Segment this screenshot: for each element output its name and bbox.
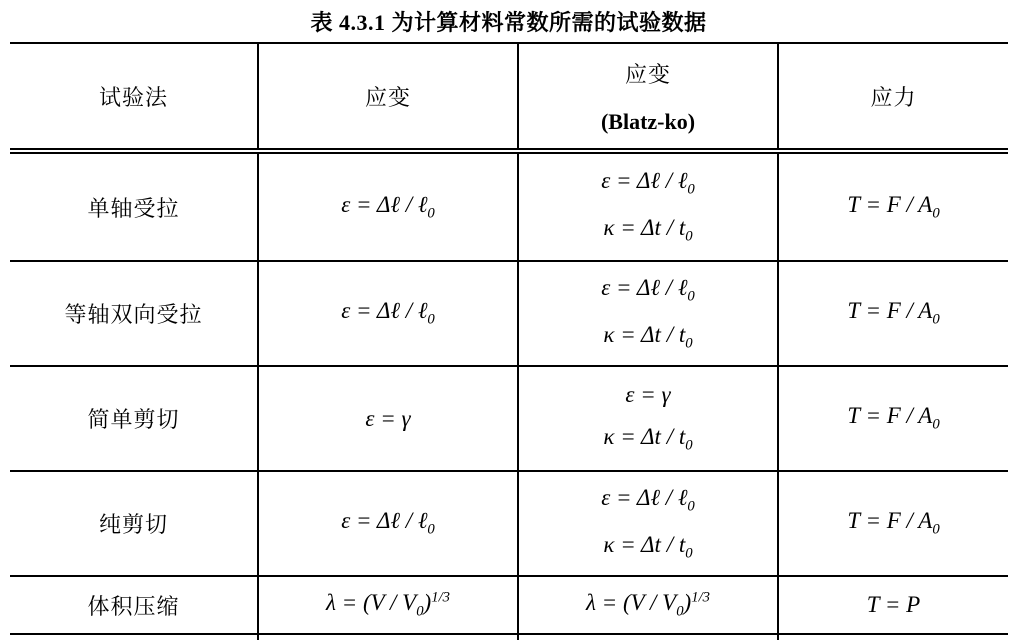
header-strain-blatzko: 应变 (Blatz-ko)	[518, 43, 778, 151]
formula: λ = (V / V0)1/3	[326, 590, 450, 615]
page-title: 表 4.3.1 为计算材料常数所需的试验数据	[310, 6, 706, 37]
cell-strain-blatzko: ε = Δℓ / ℓ0 κ = Δt / t0	[518, 261, 778, 366]
cell-stress: T = F / A0	[778, 261, 1008, 366]
cell-stress: T = F / A0	[778, 366, 1008, 471]
cell-strain-blatzko: ε = γ κ = Δt / t0	[518, 366, 778, 471]
formula: κ = Δt / t0	[603, 424, 692, 455]
table-row: 单轴受拉 ε = Δℓ / ℓ0 ε = Δℓ / ℓ0 κ = Δt / t0…	[10, 151, 1008, 261]
cell-method: 简单剪切	[10, 366, 258, 471]
cell-strain-blatzko: ε = Δℓ / ℓ0 κ = Δt / t0	[518, 151, 778, 261]
table-row: 纯剪切 ε = Δℓ / ℓ0 ε = Δℓ / ℓ0 κ = Δt / t0 …	[10, 471, 1008, 576]
cell-strain-blatzko: ε = Δℓ / ℓ0 κ = Δt / t0	[518, 471, 778, 576]
formula: κ = Δt / t0	[603, 322, 692, 353]
formula: ε = γ	[365, 406, 410, 431]
formula: T = F / A0	[847, 298, 939, 323]
cell-stress: T = P	[778, 576, 1008, 634]
table-row: 简单剪切 ε = γ ε = γ κ = Δt / t0 T = F / A0	[10, 366, 1008, 471]
table-row: 等轴双向受拉 ε = Δℓ / ℓ0 ε = Δℓ / ℓ0 κ = Δt / …	[10, 261, 1008, 366]
table-bottom-stub	[10, 634, 1008, 640]
data-table: 试验法 应变 应变 (Blatz-ko) 应力 单轴受拉 ε = Δℓ / ℓ0…	[10, 42, 1008, 640]
cell-strain: ε = Δℓ / ℓ0	[258, 471, 518, 576]
cell-strain: ε = γ	[258, 366, 518, 471]
formula: ε = Δℓ / ℓ0	[601, 275, 695, 306]
cell-method: 等轴双向受拉	[10, 261, 258, 366]
header-strain-blatzko-line1: 应变	[625, 58, 671, 89]
cell-strain-blatzko: λ = (V / V0)1/3	[518, 576, 778, 634]
header-strain: 应变	[258, 43, 518, 151]
header-test-method: 试验法	[10, 43, 258, 151]
header-row: 试验法 应变 应变 (Blatz-ko) 应力	[10, 43, 1008, 151]
cell-method: 体积压缩	[10, 576, 258, 634]
cell-stress: T = F / A0	[778, 151, 1008, 261]
formula: κ = Δt / t0	[603, 215, 692, 246]
formula: ε = Δℓ / ℓ0	[601, 485, 695, 516]
title-bar: 表 4.3.1 为计算材料常数所需的试验数据	[0, 0, 1017, 42]
formula: ε = Δℓ / ℓ0	[341, 298, 435, 323]
header-strain-blatzko-line2: (Blatz-ko)	[601, 109, 695, 135]
formula: ε = Δℓ / ℓ0	[341, 508, 435, 533]
formula: T = F / A0	[847, 192, 939, 217]
formula: ε = γ	[625, 382, 670, 408]
formula: λ = (V / V0)1/3	[586, 590, 710, 615]
cell-method: 纯剪切	[10, 471, 258, 576]
cell-strain: ε = Δℓ / ℓ0	[258, 261, 518, 366]
table-row: 体积压缩 λ = (V / V0)1/3 λ = (V / V0)1/3 T =…	[10, 576, 1008, 634]
formula: T = F / A0	[847, 403, 939, 428]
cell-strain: λ = (V / V0)1/3	[258, 576, 518, 634]
formula: T = F / A0	[847, 508, 939, 533]
cell-stress: T = F / A0	[778, 471, 1008, 576]
formula: ε = Δℓ / ℓ0	[341, 192, 435, 217]
header-stress: 应力	[778, 43, 1008, 151]
cell-strain: ε = Δℓ / ℓ0	[258, 151, 518, 261]
formula: ε = Δℓ / ℓ0	[601, 168, 695, 199]
formula: κ = Δt / t0	[603, 532, 692, 563]
cell-method: 单轴受拉	[10, 151, 258, 261]
formula: T = P	[867, 592, 920, 617]
